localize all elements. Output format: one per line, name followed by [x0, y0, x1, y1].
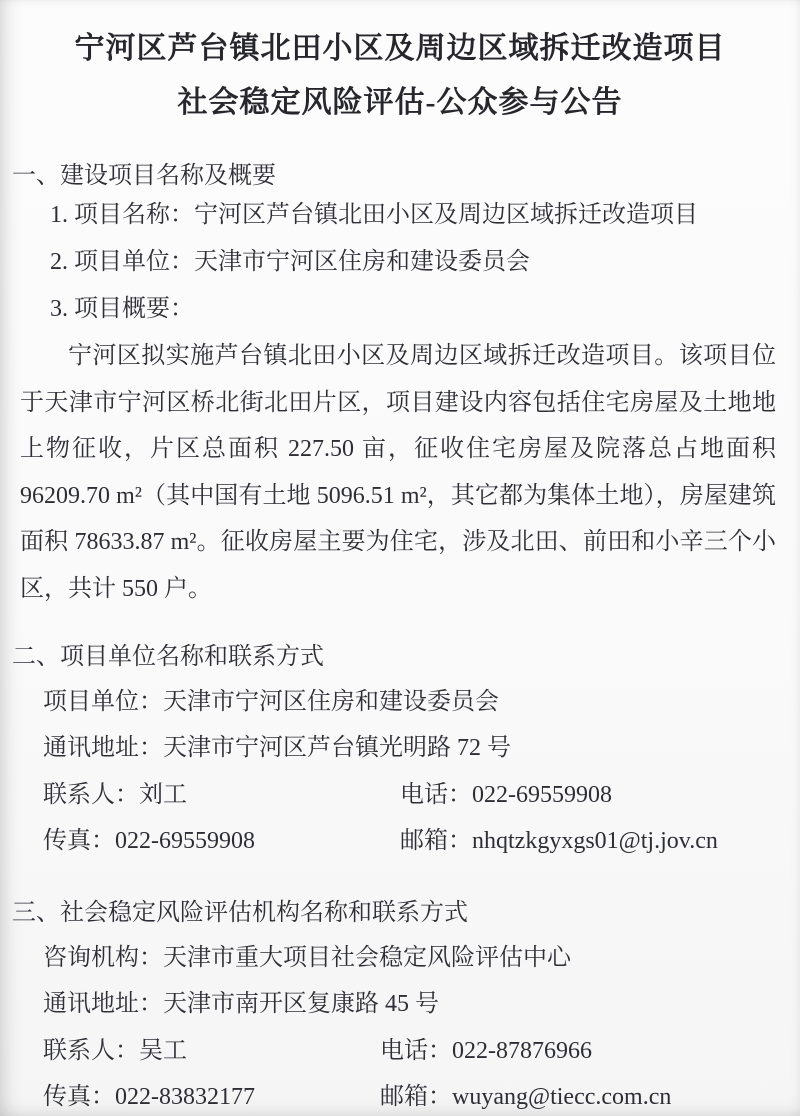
section1-heading: 一、建设项目名称及概要	[12, 160, 788, 192]
field-label: 邮箱：	[380, 1084, 452, 1110]
field-label: 通讯地址：	[43, 991, 163, 1017]
email-address: 邮箱：wuyang@tiecc.com.cn	[380, 1074, 671, 1116]
field-label: 邮箱：	[400, 828, 472, 854]
contact-phone-row: 联系人：刘工 电话：022-69559908	[43, 772, 788, 819]
fax-email-row: 传真：022-69559908 邮箱：nhqtzkgyxgs01@tj.jov.…	[43, 818, 788, 865]
field-value: 022-69559908	[115, 828, 255, 854]
project-unit-line: 项目单位：天津市宁河区住房和建设委员会	[43, 679, 788, 726]
field-value: 吴工	[139, 1038, 187, 1064]
address-line: 通讯地址：天津市南开区复康路 45 号	[43, 981, 788, 1028]
field-label: 联系人：	[43, 782, 139, 808]
field-value: nhqtzkgyxgs01@tj.jov.cn	[472, 828, 718, 854]
field-label: 通讯地址：	[43, 735, 163, 761]
field-label: 电话：	[380, 1038, 452, 1064]
field-label: 传真：	[43, 1084, 115, 1110]
phone-number: 电话：022-87876966	[380, 1028, 592, 1075]
scanned-notice-page: 宁河区芦台镇北田小区及周边区域拆迁改造项目 社会稳定风险评估-公众参与公告 一、…	[0, 0, 800, 1116]
field-value: 天津市南开区复康路 45 号	[163, 991, 439, 1017]
section1-item-list: 1. 项目名称：宁河区芦台镇北田小区及周边区域拆迁改造项目 2. 项目单位：天津…	[50, 192, 788, 333]
field-label: 咨询机构：	[43, 945, 163, 971]
section-project-unit-contact: 二、项目单位名称和联系方式 项目单位：天津市宁河区住房和建设委员会 通讯地址：天…	[12, 641, 788, 865]
item-value: 天津市宁河区住房和建设委员会	[194, 249, 530, 275]
page-title-line2: 社会稳定风险评估-公众参与公告	[12, 76, 788, 130]
field-label: 电话：	[400, 782, 472, 808]
contact-person: 联系人：刘工	[43, 772, 400, 819]
fax-number: 传真：022-69559908	[43, 818, 400, 865]
project-summary-paragraph: 宁河区拟实施芦台镇北田小区及周边区域拆迁改造项目。该项目位于天津市宁河区桥北街北…	[20, 333, 776, 613]
section-project-overview: 一、建设项目名称及概要 1. 项目名称：宁河区芦台镇北田小区及周边区域拆迁改造项…	[12, 160, 788, 613]
field-value: 刘工	[139, 782, 187, 808]
contact-phone-row: 联系人：吴工 电话：022-87876966	[43, 1028, 788, 1075]
address-line: 通讯地址：天津市宁河区芦台镇光明路 72 号	[43, 725, 788, 772]
field-value: wuyang@tiecc.com.cn	[452, 1084, 671, 1110]
field-value: 天津市重大项目社会稳定风险评估中心	[163, 945, 571, 971]
list-item-project-unit: 2. 项目单位：天津市宁河区住房和建设委员会	[50, 239, 788, 286]
list-item-project-summary: 3. 项目概要：	[50, 286, 788, 333]
field-value: 022-83832177	[115, 1084, 255, 1110]
phone-number: 电话：022-69559908	[400, 772, 612, 819]
section2-heading: 二、项目单位名称和联系方式	[12, 641, 788, 673]
page-title-line1: 宁河区芦台镇北田小区及周边区域拆迁改造项目	[12, 22, 788, 76]
section-assessment-agency-contact: 三、社会稳定风险评估机构名称和联系方式 咨询机构：天津市重大项目社会稳定风险评估…	[12, 897, 788, 1116]
field-label: 项目单位：	[43, 689, 163, 715]
document-title: 宁河区芦台镇北田小区及周边区域拆迁改造项目 社会稳定风险评估-公众参与公告	[12, 22, 788, 130]
item-label: 1. 项目名称：	[50, 202, 194, 228]
contact-person: 联系人：吴工	[43, 1028, 380, 1075]
list-item-project-name: 1. 项目名称：宁河区芦台镇北田小区及周边区域拆迁改造项目	[50, 192, 788, 239]
fax-number: 传真：022-83832177	[43, 1074, 380, 1116]
field-value: 天津市宁河区芦台镇光明路 72 号	[163, 735, 511, 761]
item-label: 2. 项目单位：	[50, 249, 194, 275]
field-value: 天津市宁河区住房和建设委员会	[163, 689, 499, 715]
agency-line: 咨询机构：天津市重大项目社会稳定风险评估中心	[43, 935, 788, 982]
email-address: 邮箱：nhqtzkgyxgs01@tj.jov.cn	[400, 818, 718, 865]
item-label: 3. 项目概要：	[50, 296, 194, 322]
item-value: 宁河区芦台镇北田小区及周边区域拆迁改造项目	[194, 202, 698, 228]
field-value: 022-69559908	[472, 782, 612, 808]
field-label: 传真：	[43, 828, 115, 854]
field-value: 022-87876966	[452, 1038, 592, 1064]
fax-email-row: 传真：022-83832177 邮箱：wuyang@tiecc.com.cn	[43, 1074, 788, 1116]
field-label: 联系人：	[43, 1038, 139, 1064]
section3-heading: 三、社会稳定风险评估机构名称和联系方式	[12, 897, 788, 929]
section3-rows: 咨询机构：天津市重大项目社会稳定风险评估中心 通讯地址：天津市南开区复康路 45…	[12, 935, 788, 1116]
section2-rows: 项目单位：天津市宁河区住房和建设委员会 通讯地址：天津市宁河区芦台镇光明路 72…	[12, 679, 788, 865]
